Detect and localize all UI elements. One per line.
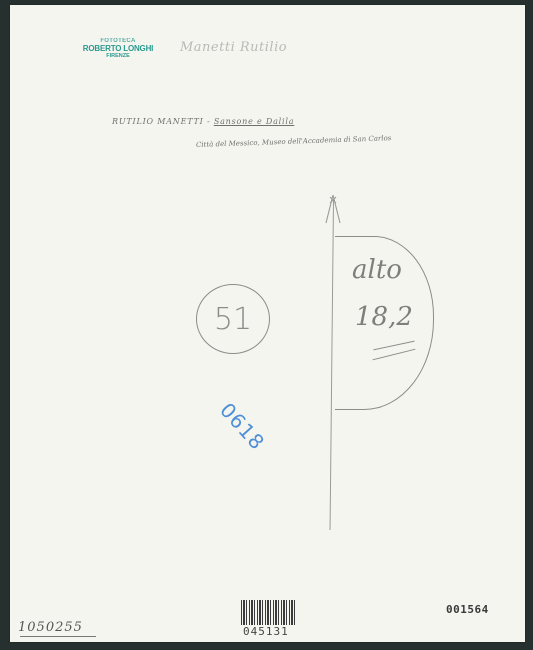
archive-stamp: FOTOTECA ROBERTO LONGHI FIRENZE: [76, 38, 160, 59]
artist-note: Manetti Rutilio: [180, 40, 287, 55]
catalog-number: 1050255: [18, 620, 83, 635]
barcode: [241, 600, 295, 625]
stamp-line-3: FIRENZE: [76, 53, 160, 59]
caption-line-1: RUTILIO MANETTI - Sansone e Dalila: [112, 117, 294, 126]
stamp-line-1: FOTOTECA: [76, 38, 160, 45]
caption-artist: RUTILIO MANETTI -: [112, 117, 214, 126]
barcode-number: 045131: [243, 625, 289, 638]
height-label: alto: [352, 255, 402, 285]
circled-number: 51: [196, 284, 270, 354]
stamp-line-2: ROBERTO LONGHI: [76, 45, 160, 54]
circled-number-text: 51: [214, 302, 252, 337]
height-value: 18,2: [355, 302, 413, 332]
caption-title: Sansone e Dalila: [214, 117, 294, 126]
catalog-underline: [20, 636, 96, 637]
inventory-number: 001564: [446, 603, 489, 616]
